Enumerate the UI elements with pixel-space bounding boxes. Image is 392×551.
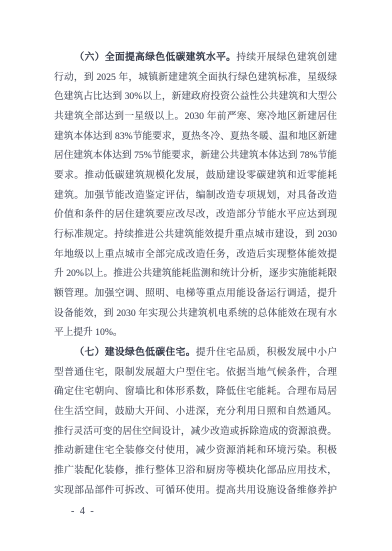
text-line: 色建筑占比达到 30%以上，新建政府投资公益性公共建筑和大型公 xyxy=(54,87,337,107)
text-line: 住生活空间，鼓励大开间、小进深，充分利用日照和自然通风。 xyxy=(54,402,337,422)
text-segment: 行动，到 2025 年，城镇新建建筑全面执行绿色建筑标准，星级绿 xyxy=(54,72,337,83)
text-line: 建筑。加强节能改造鉴定评估，编制改造专项规划，对具备改造 xyxy=(54,186,337,206)
text-line: 推广装配化装修，推行整体卫浴和厨房等模块化部品应用技术， xyxy=(54,461,337,481)
section-heading: （六）全面提高绿色低碳建筑水平。 xyxy=(75,52,237,63)
text-line: 要求。推动低碳建筑规模化发展，鼓励建设零碳建筑和近零能耗 xyxy=(54,166,337,186)
text-segment: 实现部品部件可拆改、可循环使用。提高共用设施设备维修养护 xyxy=(54,485,337,496)
text-segment: 升 20%以上。推进公共建筑能耗监测和统计分析，逐步实施能耗限 xyxy=(54,268,337,279)
text-line: 年地级以上重点城市全部完成改造任务，改造后实现整体能效提 xyxy=(54,245,337,265)
text-segment: 持续开展绿色建筑创建 xyxy=(236,52,337,63)
text-line: 建筑本体达到 83%节能要求，夏热冬冷、夏热冬暖、温和地区新建 xyxy=(54,127,337,147)
text-segment: 平上提升 10%。 xyxy=(54,327,123,338)
text-line: （七）建设绿色低碳住宅。提升住宅品质，积极发展中小户 xyxy=(54,343,337,363)
text-line: 平上提升 10%。 xyxy=(54,323,337,343)
text-segment: 居住建筑本体达到 75%节能要求，新建公共建筑本体达到 78%节能 xyxy=(54,150,337,161)
text-segment: 要求。推动低碳建筑规模化发展，鼓励建设零碳建筑和近零能耗 xyxy=(54,170,337,181)
text-segment: 住生活空间，鼓励大开间、小进深，充分利用日照和自然通风。 xyxy=(54,406,337,417)
text-segment: 共建筑全部达到一星级以上。2030 年前严寒、寒冷地区新建居住 xyxy=(54,111,337,122)
text-segment: 价值和条件的居住建筑要应改尽改，改造部分节能水平应达到现 xyxy=(54,209,337,220)
page-number: - 4 - xyxy=(71,504,95,520)
text-line: 行标准规定。持续推进公共建筑能效提升重点城市建设，到 2030 xyxy=(54,225,337,245)
text-segment: 型普通住宅，限制发展超大户型住宅。依据当地气候条件，合理 xyxy=(54,367,337,378)
text-line: 设备能效，到 2030 年实现公共建筑机电系统的总体能效在现有水 xyxy=(54,304,337,324)
text-segment: 推行灵活可变的居住空间设计，减少改造或拆除造成的资源浪费。 xyxy=(54,426,337,437)
text-line: 推行灵活可变的居住空间设计，减少改造或拆除造成的资源浪费。 xyxy=(54,422,337,442)
text-line: 价值和条件的居住建筑要应改尽改，改造部分节能水平应达到现 xyxy=(54,205,337,225)
text-segment: 推动新建住宅全装修交付使用，减少资源消耗和环境污染。积极 xyxy=(54,445,337,456)
text-line: 居住建筑本体达到 75%节能要求，新建公共建筑本体达到 78%节能 xyxy=(54,146,337,166)
text-line: 升 20%以上。推进公共建筑能耗监测和统计分析，逐步实施能耗限 xyxy=(54,264,337,284)
text-segment: 年地级以上重点城市全部完成改造任务，改造后实现整体能效提 xyxy=(54,249,337,260)
text-line: 确定住宅朝向、窗墙比和体形系数，降低住宅能耗。合理布局居 xyxy=(54,382,337,402)
document-body: （六）全面提高绿色低碳建筑水平。持续开展绿色建筑创建行动，到 2025 年，城镇… xyxy=(54,48,337,500)
text-line: 额管理。加强空调、照明、电梯等重点用能设备运行调适，提升 xyxy=(54,284,337,304)
text-line: 推动新建住宅全装修交付使用，减少资源消耗和环境污染。积极 xyxy=(54,441,337,461)
section-heading: （七）建设绿色低碳住宅。 xyxy=(75,347,196,358)
text-segment: 确定住宅朝向、窗墙比和体形系数，降低住宅能耗。合理布局居 xyxy=(54,386,337,397)
text-line: （六）全面提高绿色低碳建筑水平。持续开展绿色建筑创建 xyxy=(54,48,337,68)
text-segment: 额管理。加强空调、照明、电梯等重点用能设备运行调适，提升 xyxy=(54,288,337,299)
text-line: 共建筑全部达到一星级以上。2030 年前严寒、寒冷地区新建居住 xyxy=(54,107,337,127)
text-segment: 色建筑占比达到 30%以上，新建政府投资公益性公共建筑和大型公 xyxy=(54,91,337,102)
text-line: 型普通住宅，限制发展超大户型住宅。依据当地气候条件，合理 xyxy=(54,363,337,383)
text-segment: 提升住宅品质，积极发展中小户 xyxy=(196,347,337,358)
text-segment: 推广装配化装修，推行整体卫浴和厨房等模块化部品应用技术， xyxy=(54,465,337,476)
text-line: 行动，到 2025 年，城镇新建建筑全面执行绿色建筑标准，星级绿 xyxy=(54,68,337,88)
text-line: 实现部品部件可拆改、可循环使用。提高共用设施设备维修养护 xyxy=(54,481,337,501)
text-segment: 设备能效，到 2030 年实现公共建筑机电系统的总体能效在现有水 xyxy=(54,308,337,319)
section-7: （七）建设绿色低碳住宅。提升住宅品质，积极发展中小户型普通住宅，限制发展超大户型… xyxy=(54,343,337,500)
text-segment: 行标准规定。持续推进公共建筑能效提升重点城市建设，到 2030 xyxy=(54,229,337,240)
document-page: （六）全面提高绿色低碳建筑水平。持续开展绿色建筑创建行动，到 2025 年，城镇… xyxy=(0,0,392,551)
section-6: （六）全面提高绿色低碳建筑水平。持续开展绿色建筑创建行动，到 2025 年，城镇… xyxy=(54,48,337,343)
text-segment: 建筑本体达到 83%节能要求，夏热冬冷、夏热冬暖、温和地区新建 xyxy=(54,131,337,142)
text-segment: 建筑。加强节能改造鉴定评估，编制改造专项规划，对具备改造 xyxy=(54,190,337,201)
